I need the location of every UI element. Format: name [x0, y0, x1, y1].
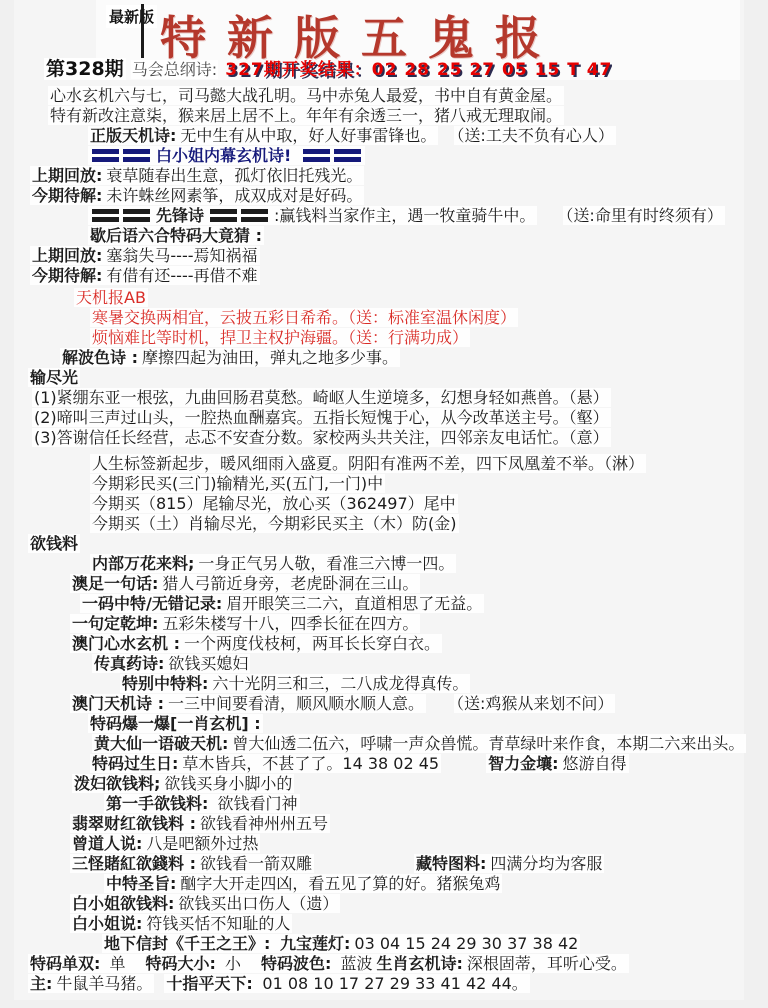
- doc-line-27: 一句定乾坤:五彩朱楼写十八，四季长征在四方。: [70, 614, 768, 634]
- doc-text: 特码过生日:: [90, 754, 180, 773]
- double-bar-icon: [88, 206, 154, 225]
- doc-line-24: 内部万花来料;一身正气另人敬，看准三六博一四。: [90, 554, 768, 574]
- doc-text: 草木皆兵，不甚了了。14 38 02 45: [180, 754, 441, 773]
- doc-text: 三怪賭紅欲錢料 :: [70, 854, 198, 873]
- doc-text: 欲钱买媳妇: [166, 654, 250, 673]
- doc-text: 白小姐欲钱料:: [70, 894, 176, 913]
- doc-text: 四满分均为客服: [488, 854, 604, 873]
- doc-text: 中特圣旨:: [104, 874, 178, 893]
- doc-text: 澳门天机诗 :: [70, 694, 166, 713]
- doc-text: 澳门心水玄机 :: [70, 634, 182, 653]
- doc-text: 01 08 10 17 27 29 33 41 42 44。: [260, 974, 529, 993]
- double-bar-glyph: [210, 209, 237, 222]
- doc-line-42: 白小姐说:符钱买恬不知耻的人: [70, 914, 768, 934]
- doc-line-44: 特码单双: 单 特码大小: 小 特码波色: 蓝波生肖玄机诗:深根固蒂，耳听心受。: [28, 954, 768, 974]
- doc-line-36: 第一手欲钱料: 欲钱看门神: [104, 794, 768, 814]
- doc-text: 黄大仙一语破天机:: [92, 734, 230, 753]
- doc-line-37: 翡翠财红欲钱料 :欲钱看神州州五号: [70, 814, 768, 834]
- page: 最新版 特新版五鬼报 第328期 马会总纲诗: 327期开奖结果：02 28 2…: [0, 0, 768, 1008]
- doc-line-11: 天机报AB: [74, 288, 768, 308]
- doc-text: 一三中间要看清，顺风顺水顺人意。: [166, 694, 426, 713]
- doc-text: 第一手欲钱料:: [104, 794, 210, 813]
- doc-text: (2)啼叫三声过山头，一腔热血酬嘉宾。五指长短愧于心，从今改革送主号。（壑）: [32, 408, 611, 427]
- doc-text: 先锋诗: [154, 206, 206, 225]
- double-bar-icon: [206, 206, 272, 225]
- doc-line-28: 澳门心水玄机 :一个两度伐枝柯，两耳长长穿白衣。: [70, 634, 768, 654]
- doc-line-1: 心水玄机六与七，司马懿大战孔明。马中赤兔人最爱，书中自有黄金屋。: [48, 86, 768, 106]
- doc-text: 人生标签新起步，暖风细雨入盛夏。阴阳有准两不差，四下凤凰羞不举。（淋）: [90, 454, 646, 473]
- doc-lines: 心水玄机六与七，司马懿大战孔明。马中赤兔人最爱，书中自有黄金屋。特有新改注意柒，…: [0, 86, 768, 994]
- doc-text: 心水玄机六与七，司马懿大战孔明。马中赤兔人最爱，书中自有黄金屋。: [48, 86, 564, 105]
- doc-line-16: (1)紧绷东亚一根弦，九曲回肠君莫愁。崎岖人生逆境多，幻想身轻如燕兽。（悬）: [32, 388, 768, 408]
- doc-line-15: 输尽光: [28, 368, 768, 388]
- doc-text: 输尽光: [28, 368, 80, 387]
- doc-line-5: 上期回放:衰草随春出生意，孤灯依旧托残光。: [30, 166, 768, 186]
- doc-text: 猎人弓箭近身旁，老虎卧洞在三山。: [160, 574, 420, 593]
- doc-text: 未许蛛丝网素筝，成双成对是好码。: [104, 186, 364, 205]
- doc-text: 塞翁失马----焉知祸福: [104, 246, 259, 265]
- masthead-label: 马会总纲诗:: [131, 60, 218, 79]
- doc-line-9: 上期回放:塞翁失马----焉知祸福: [30, 246, 768, 266]
- double-bar-glyph: [123, 149, 150, 162]
- doc-text: 传真药诗:: [92, 654, 166, 673]
- doc-text: 主:: [28, 974, 54, 993]
- issue-number: 第328期: [44, 58, 126, 80]
- double-bar-glyph: [303, 149, 330, 162]
- doc-line-30: 特别中特料:六十光阴三和三，二八成龙得真传。: [120, 674, 768, 694]
- doc-text: 欲钱看门神: [210, 794, 299, 813]
- doc-text: 欲钱看神州州五号: [198, 814, 330, 833]
- doc-line-12: 寒暑交换两相宜，云披五彩日希希。（送：标准室温休闲度）: [90, 308, 768, 328]
- doc-text: 悠游自得: [561, 754, 629, 773]
- doc-text: 衰草随春出生意，孤灯依旧托残光。: [104, 166, 364, 185]
- draw-result: 327期开奖结果：02 28 25 27 05 15 T 47: [225, 60, 612, 80]
- doc-line-34: 特码过生日:草木皆兵，不甚了了。14 38 02 45智力金壤:悠游自得: [90, 754, 768, 774]
- doc-text: 今期买（土）肖输尽光，今期彩民买主（木）防(金): [90, 514, 459, 533]
- doc-text: :赢钱料当家作主，遇一牧童骑牛中。: [272, 206, 537, 225]
- doc-text: 一个两度伐枝柯，两耳长长穿白衣。: [182, 634, 442, 653]
- doc-text: 上期回放:: [30, 166, 104, 185]
- double-bar-glyph: [92, 149, 119, 162]
- doc-text: 特码单双:: [28, 954, 102, 973]
- doc-text: 今期待解:: [30, 186, 104, 205]
- doc-text: 藏特图料:: [414, 854, 488, 873]
- double-bar-glyph: [241, 209, 268, 222]
- doc-text: 无中生有从中取，好人好事雷锋也。: [178, 126, 438, 145]
- doc-line-7: 先锋诗:赢钱料当家作主，遇一牧童骑牛中。（送:命里有时终须有）: [88, 206, 768, 226]
- doc-text: 一身正气另人敬，看准三六博一四。: [196, 554, 456, 573]
- doc-line-20: 今期彩民买(三门)输精光,买(五门,一门)中: [90, 474, 768, 494]
- doc-text: 曾道人说:: [70, 834, 144, 853]
- doc-line-41: 白小姐欲钱料:欲钱买出口伤人（遗）: [70, 894, 768, 914]
- doc-line-10: 今期待解:有借有还----再借不难: [30, 266, 768, 286]
- doc-text: 澳足一句话:: [70, 574, 160, 593]
- doc-line-23: 欲钱料: [28, 534, 768, 554]
- doc-text: 有借有还----再借不难: [104, 266, 259, 285]
- doc-text: 欲钱买出口伤人（遗）: [176, 894, 340, 913]
- double-bar-icon: [299, 146, 365, 165]
- doc-line-2: 特有新改注意柒，猴来居上居不上。年年有余透三一，猪八戒无理取闹。: [48, 106, 768, 126]
- doc-line-39: 三怪賭紅欲錢料 :欲钱看一箭双雕藏特图料:四满分均为客服: [70, 854, 768, 874]
- doc-text: 蓝波: [333, 954, 374, 973]
- doc-line-31: 澳门天机诗 :一三中间要看清，顺风顺水顺人意。（送:鸡猴从来划不问）: [70, 694, 768, 714]
- doc-text: 天机报AB: [74, 288, 148, 307]
- double-bar-icon: [88, 146, 154, 165]
- doc-line-33: 黄大仙一语破天机:曾大仙透二伍六，呼啸一声众兽慌。青草绿叶来作食，本期二六来出头…: [92, 734, 768, 754]
- doc-text: 小: [218, 954, 259, 973]
- doc-line-13: 烦恼难比等时机，捍卫主权护海疆。（送：行满功成）: [90, 328, 768, 348]
- doc-text: 03 04 15 24 29 30 37 38 42: [352, 934, 580, 953]
- doc-text: 十指平天下:: [164, 974, 260, 993]
- masthead: 最新版 特新版五鬼报 第328期 马会总纲诗: 327期开奖结果：02 28 2…: [0, 0, 768, 84]
- doc-text: 欲钱买身小脚小的: [162, 774, 294, 793]
- doc-text: (1)紧绷东亚一根弦，九曲回肠君莫愁。崎岖人生逆境多，幻想身轻如燕兽。（悬）: [32, 388, 611, 407]
- doc-line-38: 曾道人说:八是吧额外过热: [70, 834, 768, 854]
- doc-text: 白小姐内幕玄机诗!: [154, 146, 299, 165]
- edition-badge: 最新版: [106, 5, 157, 28]
- doc-line-45: 主:牛鼠羊马猪。十指平天下: 01 08 10 17 27 29 33 41 4…: [28, 974, 768, 994]
- doc-text: 特码爆一爆[一肖玄机] :: [88, 714, 263, 733]
- doc-line-18: (3)答谢信任长经营，忐忑不安查分数。家校两头共关注，四邻亲友电话忙。（意）: [32, 428, 768, 448]
- doc-line-26: 一码中特/无错记录:眉开眼笑三二六，直道相思了无益。: [80, 594, 768, 614]
- doc-line-29: 传真药诗:欲钱买媳妇: [92, 654, 768, 674]
- doc-text: 一码中特/无错记录:: [80, 594, 224, 613]
- doc-text: 地下信封《千王之王》:: [102, 934, 278, 953]
- doc-text: 一句定乾坤:: [70, 614, 160, 633]
- doc-text: 智力金壤:: [486, 754, 560, 773]
- doc-text: 八是吧额外过热: [144, 834, 260, 853]
- doc-text: 今期待解:: [30, 266, 104, 285]
- doc-text: 符钱买恬不知耻的人: [144, 914, 292, 933]
- doc-text: 特码大小:: [144, 954, 218, 973]
- doc-text: 特有新改注意柒，猴来居上居不上。年年有余透三一，猪八戒无理取闹。: [48, 106, 564, 125]
- doc-text: 眉开眼笑三二六，直道相思了无益。: [224, 594, 484, 613]
- doc-text: 烦恼难比等时机，捍卫主权护海疆。（送：行满功成）: [90, 328, 470, 347]
- doc-text: 酗字大开走四凶，看五见了算的好。猪猴兔鸡: [178, 874, 502, 893]
- doc-text: 寒暑交换两相宜，云披五彩日希希。（送：标准室温休闲度）: [90, 308, 518, 327]
- doc-text: 上期回放:: [30, 246, 104, 265]
- doc-line-6: 今期待解:未许蛛丝网素筝，成双成对是好码。: [30, 186, 768, 206]
- doc-text: 摩擦四起为油田，弹丸之地多少事。: [140, 348, 400, 367]
- doc-line-32: 特码爆一爆[一肖玄机] :: [88, 714, 768, 734]
- doc-line-17: (2)啼叫三声过山头，一腔热血酬嘉宾。五指长短愧于心，从今改革送主号。（壑）: [32, 408, 768, 428]
- doc-text: 翡翠财红欲钱料 :: [70, 814, 198, 833]
- doc-text: 正版天机诗:: [88, 126, 178, 145]
- issue-row: 第328期 马会总纲诗: 327期开奖结果：02 28 25 27 05 15 …: [44, 54, 612, 81]
- doc-text: 六十光阴三和三，二八成龙得真传。: [210, 674, 470, 693]
- doc-text: 歇后语六合特码大竟猜 :: [88, 226, 264, 245]
- doc-line-3: 正版天机诗:无中生有从中取，好人好事雷锋也。（送:工夫不负有心人）: [88, 126, 768, 146]
- doc-line-8: 歇后语六合特码大竟猜 :: [88, 226, 768, 246]
- doc-text: 深根固蒂，耳听心受。: [465, 954, 629, 973]
- doc-text: 白小姐说:: [70, 914, 144, 933]
- doc-text: 九宝莲灯:: [278, 934, 352, 953]
- doc-text: 欲钱看一箭双雕: [198, 854, 314, 873]
- doc-line-21: 今期买（815）尾输尽光，放心买（362497）尾中: [90, 494, 768, 514]
- double-bar-glyph: [334, 149, 361, 162]
- doc-text: 泼妇欲钱料;: [72, 774, 162, 793]
- doc-line-4: 白小姐内幕玄机诗!: [88, 146, 768, 166]
- double-bar-glyph: [123, 209, 150, 222]
- doc-text: （送:鸡猴从来划不问）: [454, 694, 615, 713]
- doc-text: （送:命里有时终须有）: [563, 206, 724, 225]
- doc-line-43: 地下信封《千王之王》: 九宝莲灯:03 04 15 24 29 30 37 38…: [102, 934, 768, 954]
- doc-text: 特别中特料:: [120, 674, 210, 693]
- doc-text: 生肖玄机诗:: [375, 954, 465, 973]
- title-divider: [141, 4, 144, 58]
- doc-text: 欲钱料: [28, 534, 80, 553]
- doc-text: 今期买（815）尾输尽光，放心买（362497）尾中: [90, 494, 458, 513]
- doc-text: 曾大仙透二伍六，呼啸一声众兽慌。青草绿叶来作食，本期二六来出头。: [230, 734, 746, 753]
- doc-text: （送:工夫不负有心人）: [454, 126, 615, 145]
- doc-line-14: 解波色诗 :摩擦四起为油田，弹丸之地多少事。: [60, 348, 768, 368]
- doc-text: 内部万花来料;: [90, 554, 196, 573]
- doc-text: 五彩朱楼写十八，四季长征在四方。: [160, 614, 420, 633]
- doc-text: 特码波色:: [259, 954, 333, 973]
- doc-line-22: 今期买（土）肖输尽光，今期彩民买主（木）防(金): [90, 514, 768, 534]
- doc-text: 单: [102, 954, 143, 973]
- doc-text: 解波色诗 :: [60, 348, 140, 367]
- doc-line-40: 中特圣旨:酗字大开走四凶，看五见了算的好。猪猴兔鸡: [104, 874, 768, 894]
- doc-text: 牛鼠羊马猪。: [54, 974, 154, 993]
- doc-text: 今期彩民买(三门)输精光,买(五门,一门)中: [90, 474, 385, 493]
- doc-text: (3)答谢信任长经营，忐忑不安查分数。家校两头共关注，四邻亲友电话忙。（意）: [32, 428, 611, 447]
- doc-line-19: 人生标签新起步，暖风细雨入盛夏。阴阳有准两不差，四下凤凰羞不举。（淋）: [90, 454, 768, 474]
- doc-line-35: 泼妇欲钱料;欲钱买身小脚小的: [72, 774, 768, 794]
- double-bar-glyph: [92, 209, 119, 222]
- doc-line-25: 澳足一句话:猎人弓箭近身旁，老虎卧洞在三山。: [70, 574, 768, 594]
